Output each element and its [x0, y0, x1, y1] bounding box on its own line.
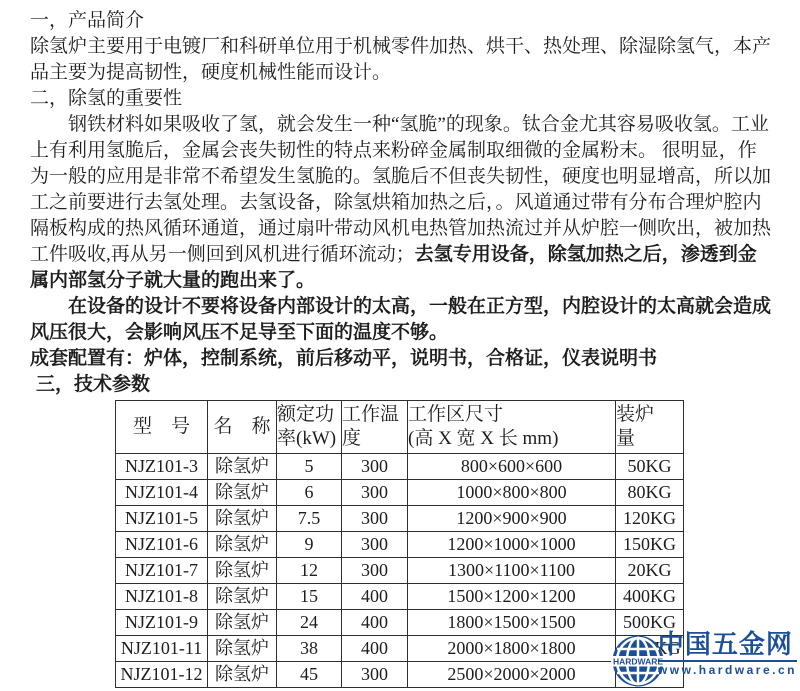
table-row: NJZ101-12 除氢炉 45 300 2500×2000×2000 [116, 662, 684, 688]
cell-model: NJZ101-4 [116, 480, 208, 506]
table-row: NJZ101-3 除氢炉 5 300 800×600×600 50KG [116, 454, 684, 480]
hardware-watermark-logo: HARDWARE 中国五金网 www.hardware.cn [610, 629, 797, 689]
col-header-model: 型 号 [116, 401, 208, 454]
cell-size: 1000×800×800 [408, 480, 616, 506]
section-2-heading: 二，除氢的重要性 [30, 86, 772, 112]
spec-table: 型 号 名 称 额定功 率(kW) 工作温 度 工作区尺寸 (高 X 宽 X 长… [115, 400, 684, 688]
cell-size: 1800×1500×1500 [408, 610, 616, 636]
section-2-text-normal-mid: 另一侧回到风机进行循环流动； [149, 244, 415, 265]
table-row: NJZ101-5 除氢炉 7.5 300 1200×900×900 120KG [116, 506, 684, 532]
cell-load: 50KG [616, 454, 684, 480]
brand-chinese-name: 中国五金网 [658, 629, 797, 659]
cell-power: 7.5 [277, 506, 342, 532]
section-2-text-normal: 钢铁材料如果吸收了氢，就会发生一种“氢脆”的现象。钛合金尤其容易吸收氢。工业上有… [30, 114, 771, 265]
col-header-temp-line2: 度 [342, 427, 407, 451]
cell-power: 24 [277, 610, 342, 636]
col-header-load: 装炉 量 [616, 401, 684, 454]
col-header-size: 工作区尺寸 (高 X 宽 X 长 mm) [408, 401, 616, 454]
cell-size: 2500×2000×2000 [408, 662, 616, 688]
cell-model: NJZ101-11 [116, 636, 208, 662]
cell-temp: 300 [342, 558, 408, 584]
cell-size: 1300×1100×1100 [408, 558, 616, 584]
cell-model: NJZ101-9 [116, 610, 208, 636]
section-1-paragraph: 除氢炉主要用于电镀厂和科研单位用于机械零件加热、烘干、热处理、除湿除氢气，本产品… [30, 34, 772, 86]
cell-model: NJZ101-12 [116, 662, 208, 688]
cell-power: 12 [277, 558, 342, 584]
cell-power: 5 [277, 454, 342, 480]
cell-name: 除氢炉 [208, 662, 277, 688]
cell-load: 400KG [616, 584, 684, 610]
cell-load: 120KG [616, 506, 684, 532]
cell-size: 1200×900×900 [408, 506, 616, 532]
cell-power: 38 [277, 636, 342, 662]
col-header-power-line2: 率(kW) [277, 427, 341, 451]
cell-size: 2000×1800×1800 [408, 636, 616, 662]
col-header-name: 名 称 [208, 401, 277, 454]
cell-model: NJZ101-3 [116, 454, 208, 480]
cell-power: 9 [277, 532, 342, 558]
section-1-heading: 一，产品简介 [30, 8, 772, 34]
package-contents-line: 成套配置有：炉体，控制系统，前后移动平，说明书，合格证，仪表说明书 [30, 346, 772, 372]
brand-text-block: 中国五金网 www.hardware.cn [658, 629, 797, 678]
cell-model: NJZ101-6 [116, 532, 208, 558]
col-header-size-line2: (高 X 宽 X 长 mm) [408, 427, 615, 451]
table-row: NJZ101-11 除氢炉 38 400 2000×1800×1800 1000… [116, 636, 684, 662]
cell-temp: 400 [342, 584, 408, 610]
cell-size: 1500×1200×1200 [408, 584, 616, 610]
col-header-power: 额定功 率(kW) [277, 401, 342, 454]
cell-model: NJZ101-7 [116, 558, 208, 584]
cell-temp: 300 [342, 506, 408, 532]
table-row: NJZ101-4 除氢炉 6 300 1000×800×800 80KG [116, 480, 684, 506]
table-row: NJZ101-8 除氢炉 15 400 1500×1200×1200 400KG [116, 584, 684, 610]
cell-name: 除氢炉 [208, 454, 277, 480]
design-note-paragraph: 在设备的设计不要将设备内部设计的太高，一般在正方型，内腔设计的太高就会造成风压很… [30, 294, 772, 346]
cell-model: NJZ101-5 [116, 506, 208, 532]
cell-name: 除氢炉 [208, 584, 277, 610]
col-header-load-line1: 装炉 [616, 403, 683, 427]
cell-model: NJZ101-8 [116, 584, 208, 610]
table-row: NJZ101-6 除氢炉 9 300 1200×1000×1000 150KG [116, 532, 684, 558]
section-3-heading: 三，技术参数 [30, 372, 772, 398]
cell-temp: 300 [342, 480, 408, 506]
col-header-size-line1: 工作区尺寸 [408, 403, 615, 427]
cell-load: 150KG [616, 532, 684, 558]
svg-text:HARDWARE: HARDWARE [613, 657, 663, 667]
cell-power: 45 [277, 662, 342, 688]
document-content: 一，产品简介 除氢炉主要用于电镀厂和科研单位用于机械零件加热、烘干、热处理、除湿… [0, 0, 800, 688]
spec-table-header: 型 号 名 称 额定功 率(kW) 工作温 度 工作区尺寸 (高 X 宽 X 长… [116, 401, 684, 454]
cell-load: 80KG [616, 480, 684, 506]
cell-load: 20KG [616, 558, 684, 584]
cell-power: 6 [277, 480, 342, 506]
cell-temp: 400 [342, 636, 408, 662]
cell-temp: 400 [342, 610, 408, 636]
cell-size: 1200×1000×1000 [408, 532, 616, 558]
document-page: 一，产品简介 除氢炉主要用于电镀厂和科研单位用于机械零件加热、烘干、热处理、除湿… [0, 0, 800, 691]
table-row: NJZ101-7 除氢炉 12 300 1300×1100×1100 20KG [116, 558, 684, 584]
cell-name: 除氢炉 [208, 532, 277, 558]
cell-size: 800×600×600 [408, 454, 616, 480]
cell-name: 除氢炉 [208, 480, 277, 506]
table-row: NJZ101-9 除氢炉 24 400 1800×1500×1500 500KG [116, 610, 684, 636]
col-header-temp: 工作温 度 [342, 401, 408, 454]
cell-name: 除氢炉 [208, 636, 277, 662]
brand-url: www.hardware.cn [658, 660, 797, 678]
col-header-power-line1: 额定功 [277, 403, 341, 427]
cell-name: 除氢炉 [208, 558, 277, 584]
cell-temp: 300 [342, 454, 408, 480]
cell-temp: 300 [342, 662, 408, 688]
col-header-load-line2: 量 [616, 427, 683, 451]
spec-table-body: NJZ101-3 除氢炉 5 300 800×600×600 50KG NJZ1… [116, 454, 684, 688]
cell-power: 15 [277, 584, 342, 610]
cell-name: 除氢炉 [208, 506, 277, 532]
cell-name: 除氢炉 [208, 610, 277, 636]
cell-temp: 300 [342, 532, 408, 558]
section-2-paragraph: 钢铁材料如果吸收了氢，就会发生一种“氢脆”的现象。钛合金尤其容易吸收氢。工业上有… [30, 112, 772, 294]
col-header-temp-line1: 工作温 [342, 403, 407, 427]
